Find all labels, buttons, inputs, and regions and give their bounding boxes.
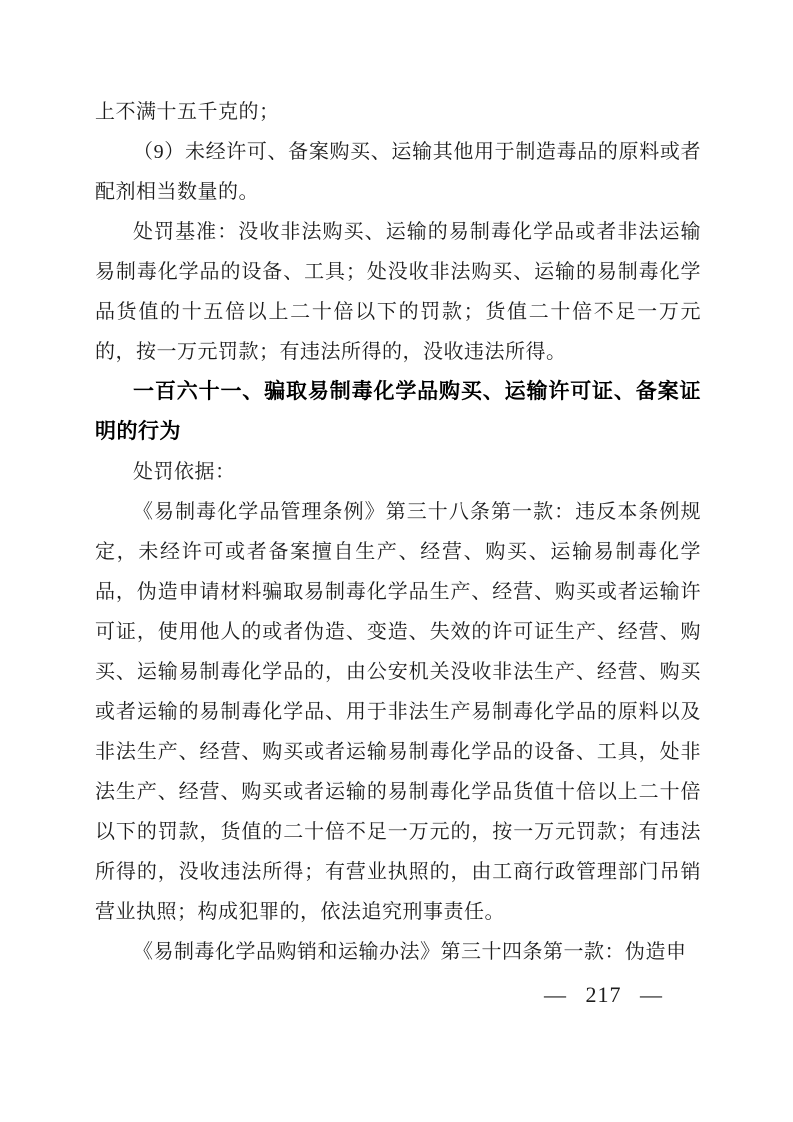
item-9-paragraph: （9）未经许可、备案购买、运输其他用于制造毒品的原料或者配剂相当数量的。 — [95, 132, 701, 212]
regulation-article-38-paragraph: 《易制毒化学品管理条例》第三十八条第一款：违反本条例规定，未经许可或者备案擅自生… — [95, 492, 701, 932]
penalty-standard-paragraph: 处罚基准：没收非法购买、运输的易制毒化学品或者非法运输易制毒化学品的设备、工具；… — [95, 212, 701, 372]
document-page: 上不满十五千克的； （9）未经许可、备案购买、运输其他用于制造毒品的原料或者配剂… — [0, 0, 793, 1122]
body-paragraph-continuation: 上不满十五千克的； — [95, 92, 701, 132]
measures-article-34-paragraph: 《易制毒化学品购销和运输办法》第三十四条第一款：伪造申 — [95, 932, 701, 972]
section-161-heading: 一百六十一、骗取易制毒化学品购买、运输许可证、备案证明的行为 — [95, 372, 701, 452]
penalty-basis-label: 处罚依据： — [95, 452, 701, 492]
text-block: 上不满十五千克的； （9）未经许可、备案购买、运输其他用于制造毒品的原料或者配剂… — [95, 92, 701, 1008]
page-number: — 217 — — [95, 982, 701, 1008]
